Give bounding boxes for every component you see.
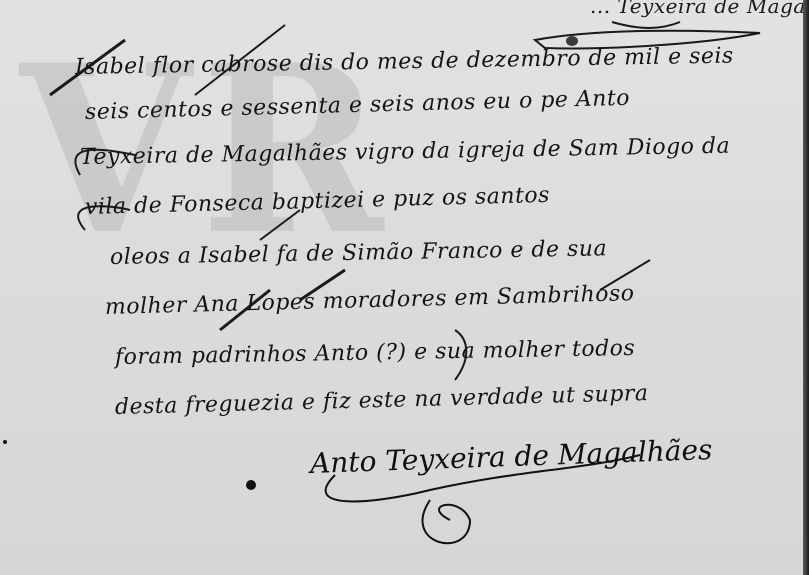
ink-blot [246, 480, 256, 490]
ink-blot [566, 36, 578, 46]
page-edge [803, 0, 809, 575]
document-page: VR ... Teyxeira de Magalhães Isabel flor… [0, 0, 809, 575]
ink-blot [3, 440, 7, 444]
